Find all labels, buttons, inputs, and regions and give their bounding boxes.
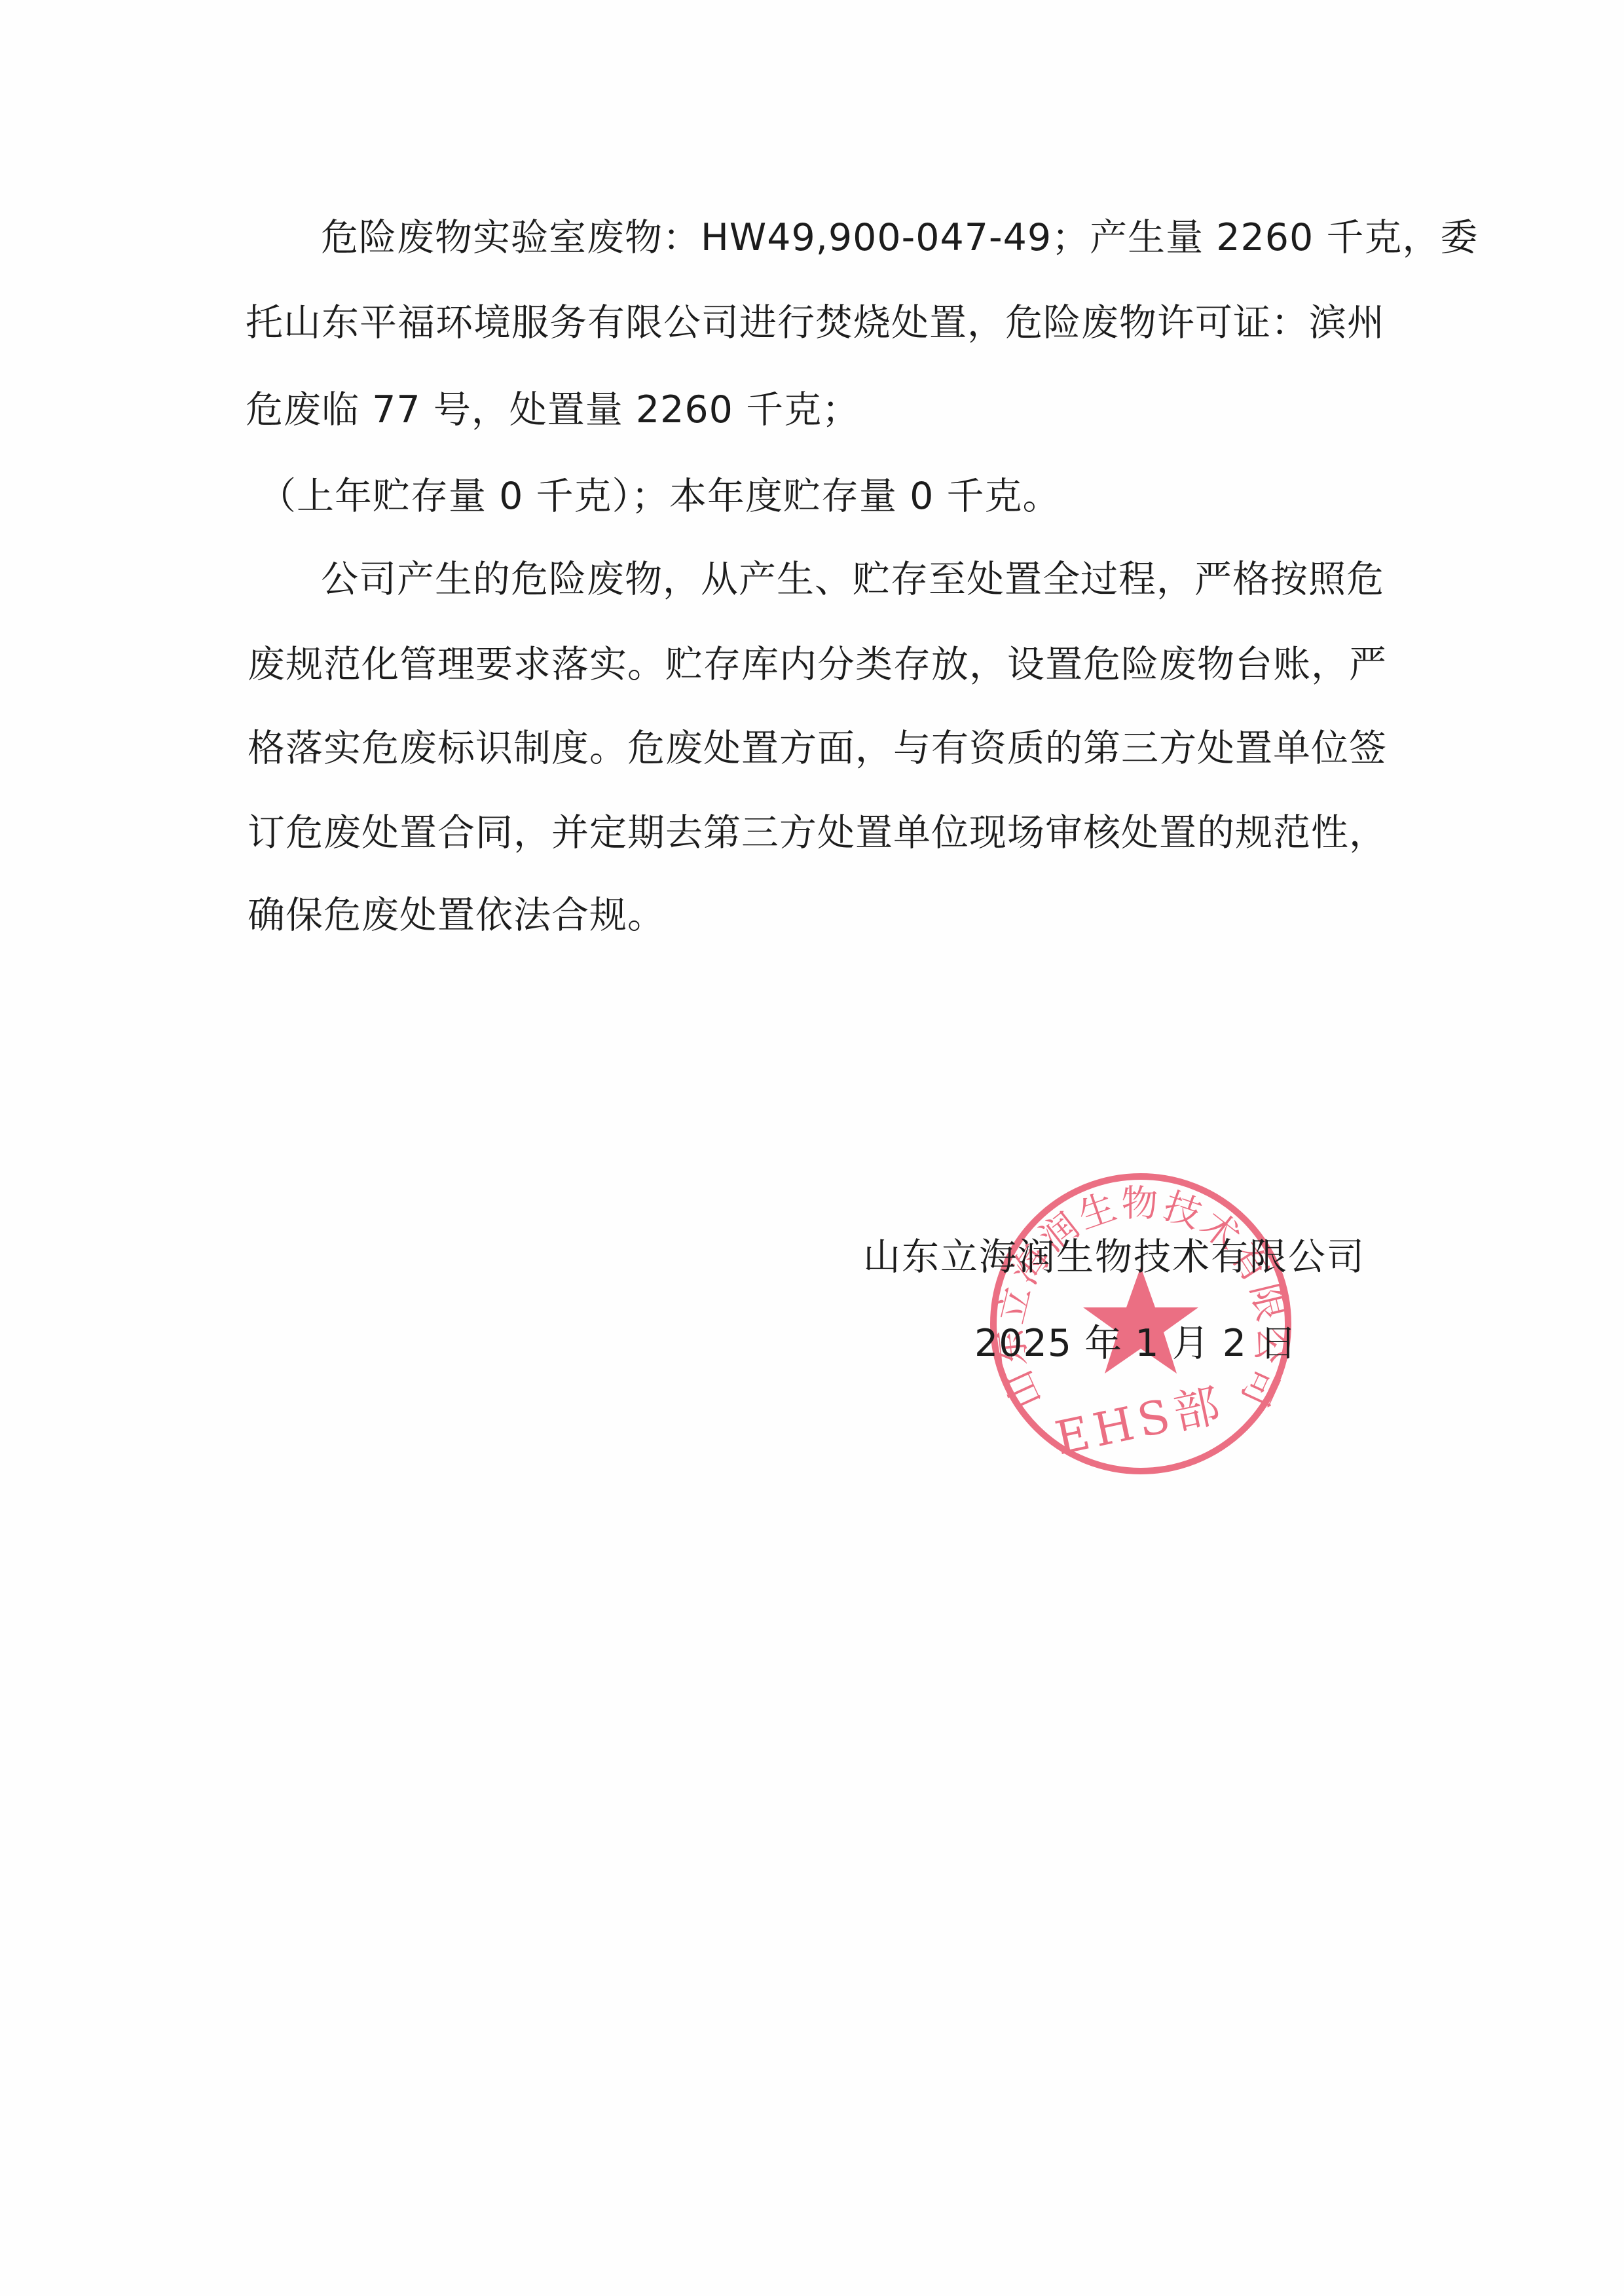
paragraph2-line4: 订危废处置合同，并定期去第三方处置单位现场审核处置的规范性， (248, 807, 1377, 859)
signature-date: 2025 年 1 月 2 日 (974, 1317, 1297, 1370)
paragraph1-line4: （上年贮存量 0 千克）；本年度贮存量 0 千克。 (259, 470, 1398, 522)
paragraph1-line2: 托山东平福环境服务有限公司进行焚烧处置，危险废物许可证：滨州 (246, 297, 1375, 349)
document-page: 危险废物实验室废物：HW49,900-047-49；产生量 2260 千克，委 … (0, 0, 1624, 2296)
signature-company: 山东立海润生物技术有限公司 (863, 1231, 1365, 1283)
paragraph2-line3: 格落实危废标识制度。危废处置方面，与有资质的第三方处置单位签 (248, 722, 1377, 774)
paragraph1-line3: 危废临 77 号，处置量 2260 千克； (246, 384, 1385, 436)
stamp-department: EHS部 (1050, 1377, 1229, 1466)
paragraph2-line2: 废规范化管理要求落实。贮存库内分类存放，设置危险废物台账，严 (248, 638, 1377, 691)
paragraph2-line1: 公司产生的危险废物，从产生、贮存至处置全过程，严格按照危 (321, 553, 1375, 606)
paragraph1-line1: 危险废物实验室废物：HW49,900-047-49；产生量 2260 千克，委 (321, 211, 1375, 264)
paragraph2-line5: 确保危废处置依法合规。 (248, 889, 1387, 941)
